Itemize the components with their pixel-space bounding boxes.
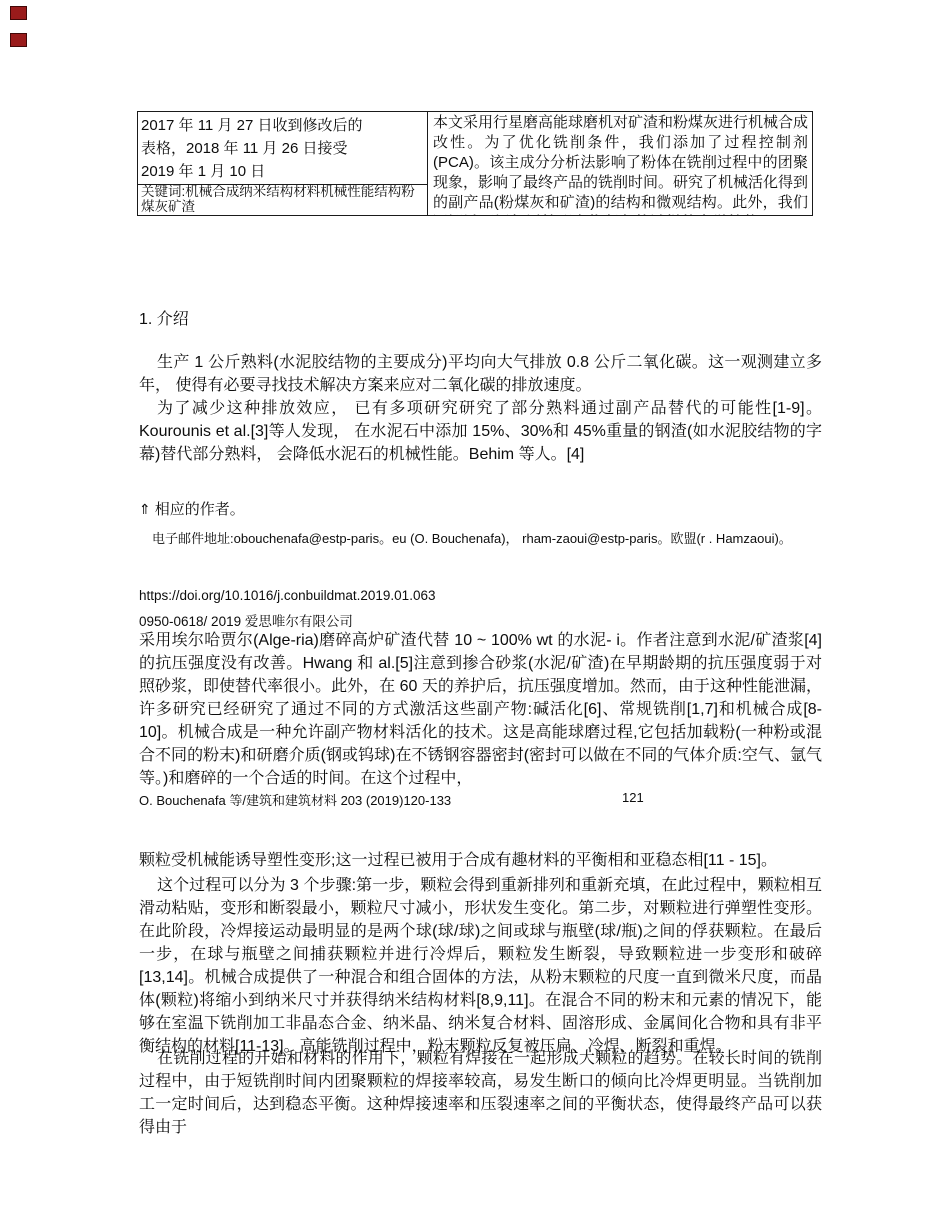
- keywords-cell: 关键词:机械合成纳米结构材料机械性能结构粉煤灰矿渣: [138, 185, 427, 215]
- body-paragraph-3: 采用埃尔哈贾尔(Alge-ria)磨碎高炉矿渣代替 10 ~ 100% wt 的…: [139, 629, 822, 790]
- article-info-table: 2017 年 11 月 27 日收到修改后的 表格，2018 年 11 月 26…: [137, 111, 813, 216]
- body-paragraph-6: 在铣削过程的开始和材料的作用下，颗粒有焊接在一起形成大颗粒的趋势。在较长时间的铣…: [139, 1047, 822, 1139]
- intro-paragraph-1: 生产 1 公斤熟料(水泥胶结物的主要成分)平均向大气排放 0.8 公斤二氧化碳。…: [139, 351, 822, 397]
- body-paragraph-4: 颗粒受机械能诱导塑性变形;这一过程已被用于合成有趣材料的平衡相和亚稳态相[11 …: [139, 849, 822, 872]
- issn-copyright-line: 0950-0618/ 2019 爱思唯尔有限公司: [139, 610, 822, 630]
- author-emails-line: 电子邮件地址:obouchenafa@estp-paris。eu (O. Bou…: [152, 528, 817, 547]
- body-paragraph-5: 这个过程可以分为 3 个步骤:第一步，颗粒会得到重新排列和重新充填，在此过程中，…: [139, 874, 822, 1058]
- article-history-cell: 2017 年 11 月 27 日收到修改后的 表格，2018 年 11 月 26…: [138, 112, 427, 185]
- paper-page: 2017 年 11 月 27 日收到修改后的 表格，2018 年 11 月 26…: [0, 0, 952, 1232]
- article-info-left-column: 2017 年 11 月 27 日收到修改后的 表格，2018 年 11 月 26…: [138, 112, 428, 215]
- doi-line: https://doi.org/10.1016/j.conbuildmat.20…: [139, 588, 822, 603]
- intro-paragraph-2: 为了减少这种排放效应， 已有多项研究研究了部分熟料通过副产品替代的可能性[1-9…: [139, 397, 822, 466]
- red-artifact-marker-top: [10, 6, 27, 20]
- page-number: 121: [622, 790, 644, 805]
- corresponding-author-arrow-icon: ⇑: [139, 501, 155, 517]
- running-header-citation: O. Bouchenafa 等/建筑和建筑材料 203 (2019)120-13…: [139, 790, 451, 809]
- article-history-line-3: 2019 年 1 月 10 日: [141, 160, 424, 183]
- abstract-cell: 本文采用行星磨高能球磨机对矿渣和粉煤灰进行机械合成改性。为了优化铣削条件，我们添…: [428, 112, 812, 215]
- corresponding-author-label: 相应的作者。: [155, 501, 245, 518]
- corresponding-author-note: ⇑相应的作者。: [139, 498, 822, 519]
- red-artifact-marker-bottom: [10, 33, 27, 47]
- article-history-line-2: 表格，2018 年 11 月 26 日接受: [141, 137, 424, 160]
- article-history-line-1: 2017 年 11 月 27 日收到修改后的: [141, 114, 424, 137]
- section-heading-introduction: 1. 介绍: [139, 306, 822, 329]
